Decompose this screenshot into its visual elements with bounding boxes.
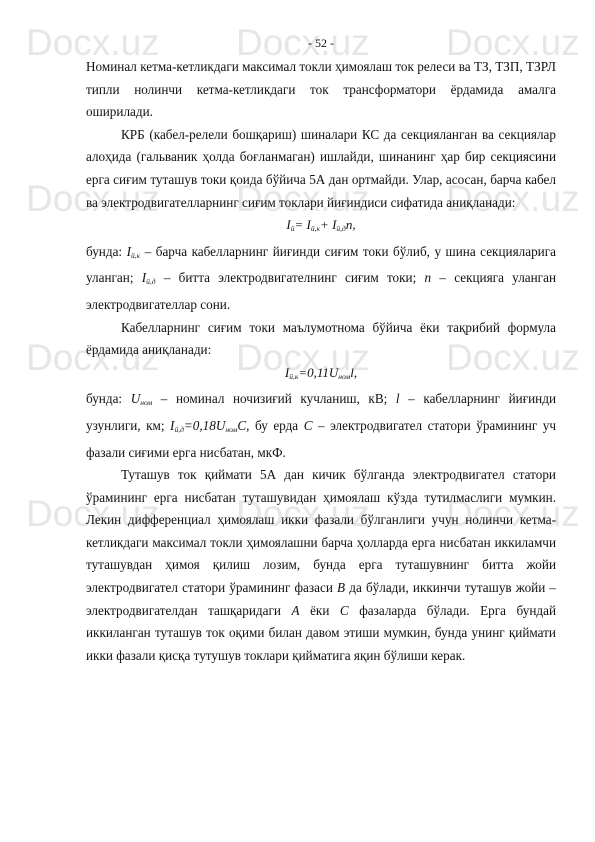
formula-symbol: =0,11U bbox=[298, 365, 338, 380]
text-run: бунда: bbox=[86, 391, 131, 406]
paragraph-4: Кабелларнинг сиғим токи маълумотнома бўй… bbox=[86, 317, 556, 362]
text-run: бунда: bbox=[86, 244, 127, 259]
formula-subscript: й,к bbox=[311, 224, 320, 233]
math-subscript: ном bbox=[225, 425, 237, 434]
formula-symbol: n, bbox=[346, 217, 356, 232]
formula-operator: = bbox=[295, 217, 307, 232]
paragraph-2: КРБ (кабел-релели бошқариш) шиналари КС … bbox=[86, 124, 556, 214]
text-run: Туташув ток қиймати 5А дан кичик бўлганд… bbox=[86, 467, 556, 595]
math-subscript: ном bbox=[140, 398, 152, 407]
formula-operator: + bbox=[320, 217, 332, 232]
math-subscript: й,к bbox=[131, 251, 140, 260]
paragraph-1: Номинал кетма-кетликдаги максимал токли … bbox=[86, 56, 556, 124]
document-page: - 52 - Номинал кетма-кетликдаги максимал… bbox=[86, 36, 556, 667]
text-run: – битта электродвигателнинг сиғим токи; bbox=[156, 270, 425, 285]
formula-subscript: й,к bbox=[289, 372, 298, 381]
text-run: – номинал ночизиғий кучланиш, кВ; bbox=[152, 391, 396, 406]
page-number: - 52 - bbox=[86, 36, 556, 50]
formula-symbol: l, bbox=[350, 365, 357, 380]
text-run: ёки bbox=[300, 603, 340, 618]
math-symbol: C bbox=[340, 603, 349, 618]
paragraph-6: Туташув ток қиймати 5А дан кичик бўлганд… bbox=[86, 464, 556, 667]
math-symbol: =0,18U bbox=[184, 418, 226, 433]
math-symbol: U bbox=[131, 391, 141, 406]
math-symbol: C, bbox=[237, 418, 249, 433]
math-symbol: B bbox=[337, 580, 345, 595]
formula-subscript: й,д bbox=[336, 224, 345, 233]
math-symbol: A bbox=[291, 603, 299, 618]
formula-total-capacitive-current: Iй= Iй,к+ Iй,дn, bbox=[86, 214, 556, 241]
math-subscript: й,д bbox=[146, 277, 155, 286]
paragraph-5: бунда: Uном – номинал ночизиғий кучланиш… bbox=[86, 388, 556, 464]
math-subscript: й,д bbox=[174, 425, 183, 434]
text-run: бу ерда bbox=[249, 418, 303, 433]
formula-cable-capacitive-current: Iй,к=0,11Uномl, bbox=[86, 362, 556, 389]
paragraph-3: бунда: Iй,к – барча кабелларнинг йиғинди… bbox=[86, 241, 556, 317]
formula-subscript: ном bbox=[338, 372, 350, 381]
